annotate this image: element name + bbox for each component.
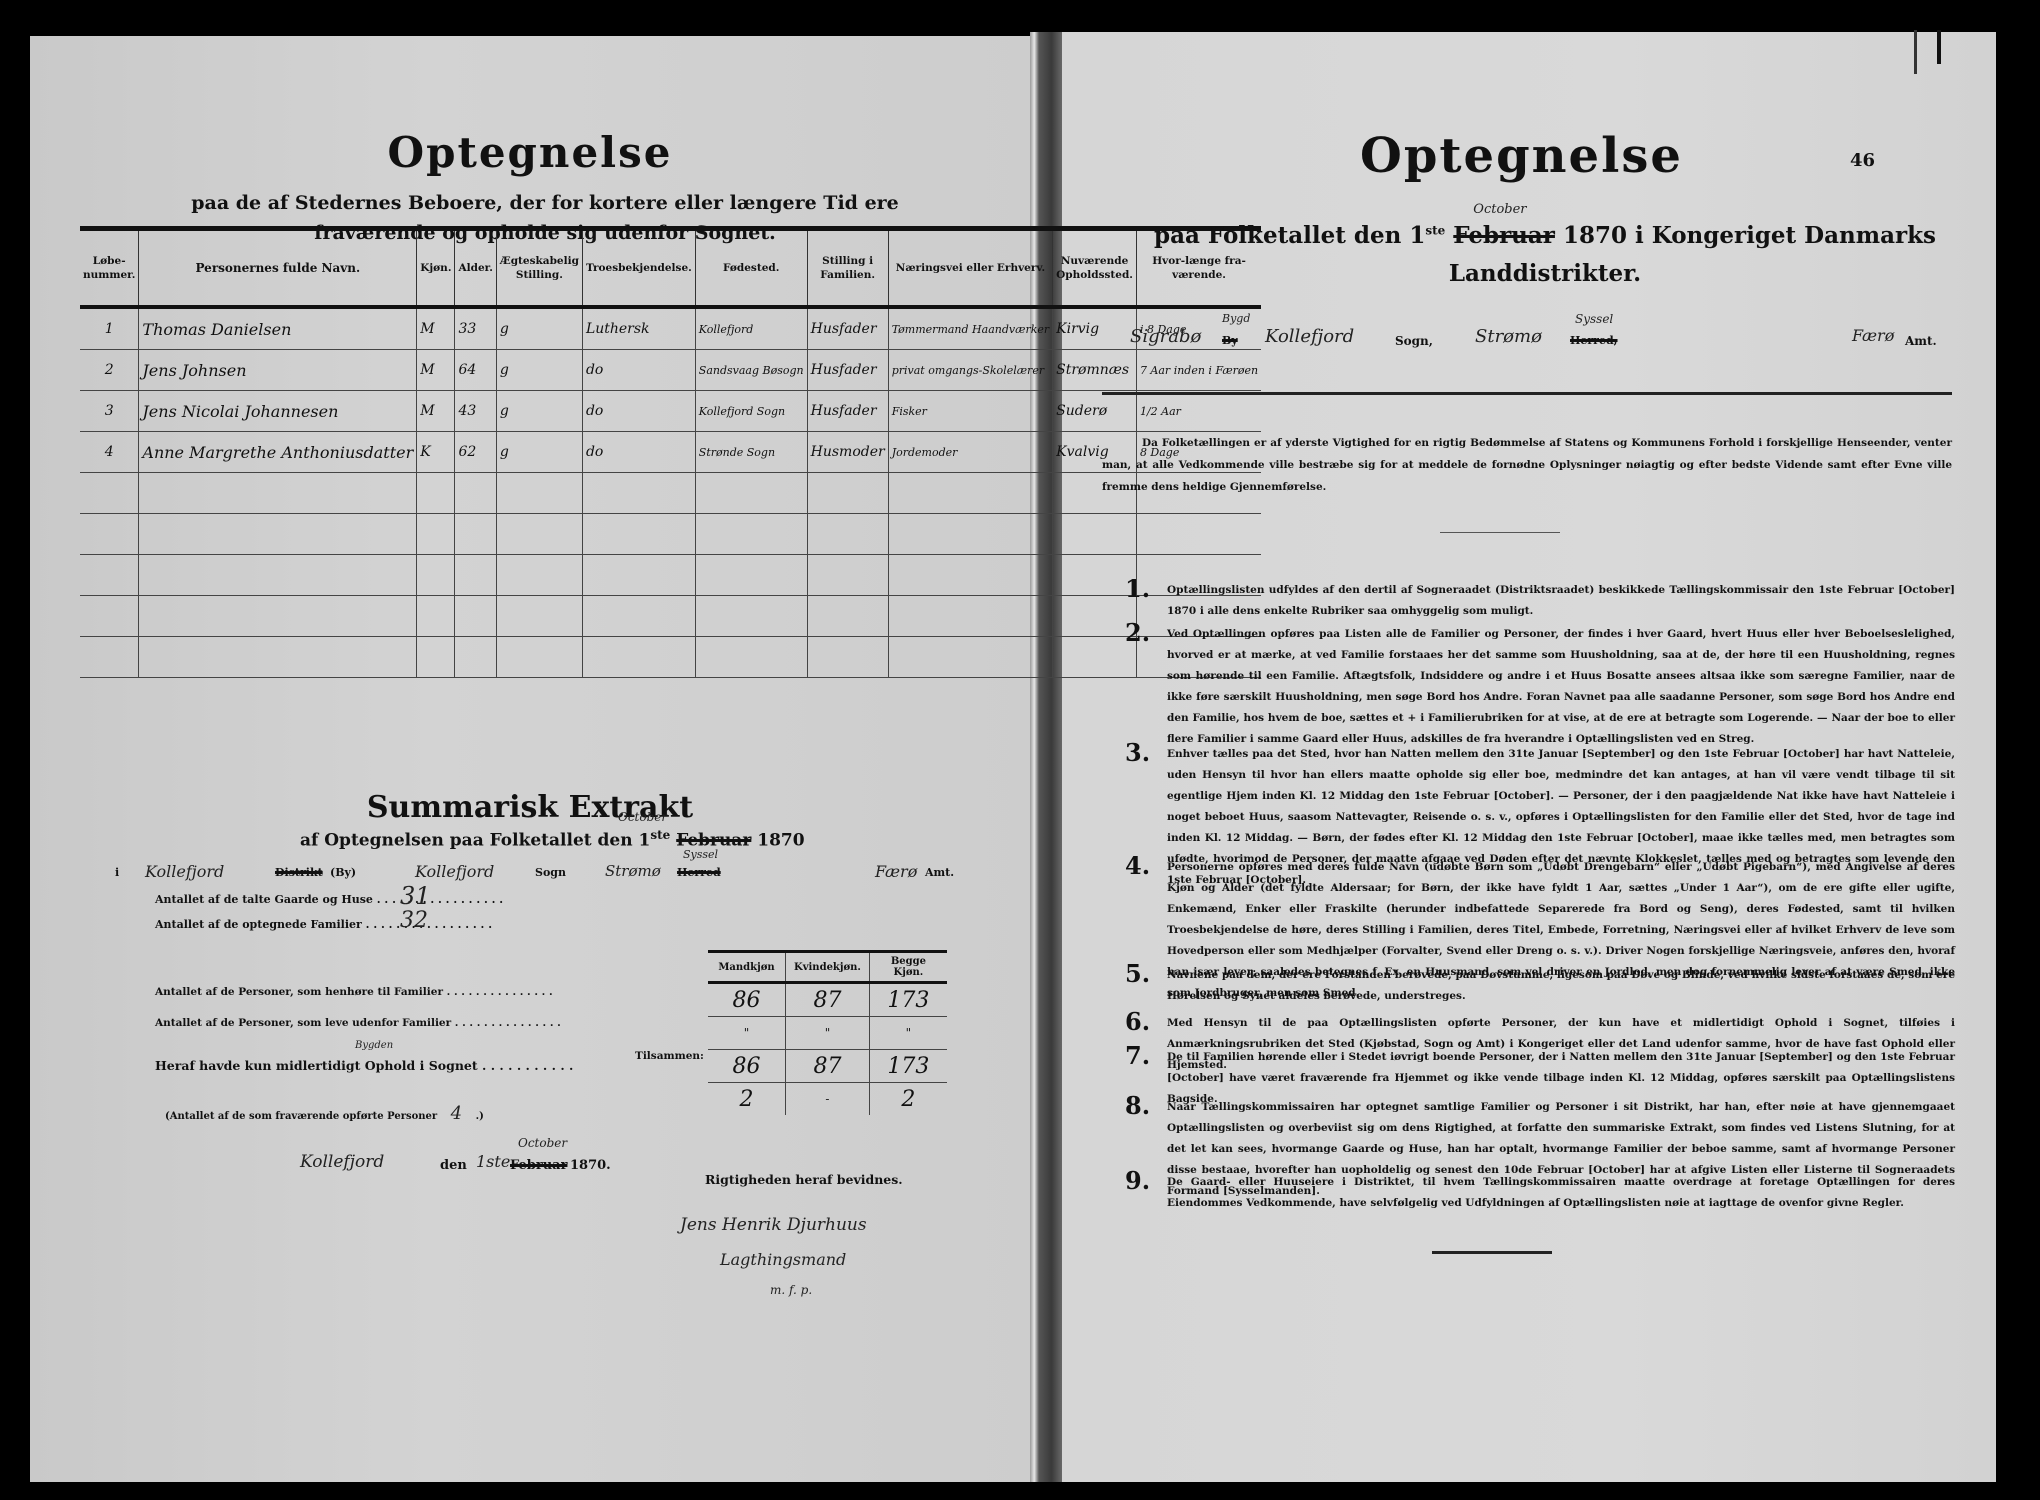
person-count-table: Mandkjøn Kvindekjøn. Begge Kjøn. 8687173… (708, 950, 947, 1115)
cell-sex: M (417, 307, 455, 350)
district-hand: Sigrabø (1130, 326, 1201, 347)
cell-family-position: Husmoder (807, 432, 888, 473)
right-subtitle-prefix: paa Folketallet den 1 (1154, 222, 1425, 249)
cell-religion (582, 555, 695, 596)
cell-name (139, 555, 417, 596)
count-cell: 173 (869, 983, 947, 1017)
cell-religion: do (582, 432, 695, 473)
cell-religion: do (582, 350, 695, 391)
cell-sex (417, 596, 455, 637)
cell-number (80, 555, 139, 596)
district-struck: By (1222, 334, 1238, 347)
instruction-text: Optællingslisten udfyldes af den dertil … (1167, 580, 1955, 622)
cell-age (455, 555, 496, 596)
date-line: Kollefjord den 1ste Februar October 1870… (300, 1148, 700, 1188)
date-struck-month: Februar (510, 1158, 567, 1173)
cell-name (139, 473, 417, 514)
cell-family-position (807, 596, 888, 637)
col-header-current-residence: Nuværende Opholdssted. (1053, 229, 1137, 308)
count-row-temporary: 2-2 (708, 1083, 947, 1116)
cell-occupation (888, 596, 1052, 637)
absent-count-note: (Antallet af de som fraværende opførte P… (165, 1103, 484, 1124)
count-cell: 173 (869, 1050, 947, 1083)
place-hand: Kollefjord (300, 1152, 384, 1172)
instruction-item: 9.De Gaard- eller Huuseiere i Distriktet… (1125, 1172, 1955, 1214)
cell-religion (582, 596, 695, 637)
cell-marital (496, 514, 582, 555)
count-cell: " (869, 1017, 947, 1050)
cell-marital: g (496, 391, 582, 432)
summary-location-line: i Kollefjord Distrikt (By) Kollefjord So… (115, 862, 995, 892)
herred-struck: Herred, (1570, 334, 1618, 347)
right-subtitle-hand-month: October (1473, 202, 1526, 217)
label-text: Antallet af de Personer, som leve udenfo… (155, 1017, 451, 1029)
signature-title: Lagthingsmand (720, 1250, 846, 1269)
herred-struck: Herred (677, 866, 721, 879)
instruction-text: De Gaard- eller Huuseiere i Distriktet, … (1167, 1172, 1955, 1214)
cell-family-position (807, 514, 888, 555)
cell-number (80, 514, 139, 555)
cell-absence-duration (1136, 514, 1261, 555)
cell-occupation: Jordemoder (888, 432, 1052, 473)
families-value: 32 (400, 908, 428, 933)
page-edge-mark (1914, 30, 1917, 74)
cell-birthplace (695, 473, 807, 514)
cell-sex (417, 555, 455, 596)
cell-age: 64 (455, 350, 496, 391)
amt-hand: Færø (1852, 326, 1894, 345)
col-header-name: Personernes fulde Navn. (139, 229, 417, 308)
cell-age (455, 473, 496, 514)
instruction-number: 1. (1125, 574, 1150, 603)
right-page-title: Optegnelse (1360, 128, 1680, 184)
cell-family-position (807, 555, 888, 596)
col-header-marital: Ægteskabelig Stilling. (496, 229, 582, 308)
cell-age: 62 (455, 432, 496, 473)
col-header-family-position: Stilling i Familien. (807, 229, 888, 308)
signature-abbrev: m. f. p. (770, 1283, 812, 1297)
cell-occupation (888, 555, 1052, 596)
page-number: 46 (1850, 150, 1875, 171)
farms-value: 31 (400, 882, 431, 910)
date-hand-month: October (518, 1136, 567, 1150)
cell-occupation (888, 637, 1052, 678)
cell-current-residence (1053, 555, 1137, 596)
instruction-text: Navnene paa dem, der ere Forstanden berø… (1167, 965, 1955, 1007)
district-struck: Distrikt (275, 866, 323, 879)
cell-number: 1 (80, 307, 139, 350)
right-subtitle-sup: ste (1425, 223, 1445, 237)
count-cell: 2 (869, 1083, 947, 1116)
herred-hand: Strømø (605, 862, 661, 880)
summary-subtitle-prefix: af Optegnelsen paa Folketallet den 1 (300, 831, 650, 851)
cell-birthplace: Kollefjord (695, 307, 807, 350)
instruction-item: 1.Optællingslisten udfyldes af den derti… (1125, 580, 1955, 622)
cell-family-position: Husfader (807, 391, 888, 432)
cell-name (139, 637, 417, 678)
signature-name: Jens Henrik Djurhuus (680, 1215, 867, 1235)
table-row: 2Jens JohnsenM64gdoSandsvaag BøsognHusfa… (80, 350, 1261, 391)
date-year: 1870. (570, 1158, 611, 1173)
instruction-number: 8. (1125, 1091, 1150, 1120)
table-row (80, 596, 1261, 637)
cell-number (80, 596, 139, 637)
col-header-age: Alder. (455, 229, 496, 308)
parish-label: Sogn, (1395, 334, 1433, 348)
location-prefix: i (115, 866, 119, 879)
right-subtitle-suffix: 1870 i Kongeriget Danmarks (1563, 222, 1936, 249)
count-cell: " (786, 1017, 870, 1050)
cell-name: Anne Margrethe Anthoniusdatter (139, 432, 417, 473)
certification-text: Rigtigheden heraf bevidnes. (705, 1172, 903, 1187)
cell-family-position: Husfader (807, 307, 888, 350)
cell-marital: g (496, 307, 582, 350)
table-row (80, 473, 1261, 514)
cell-current-residence (1053, 514, 1137, 555)
instruction-item: 5.Navnene paa dem, der ere Forstanden be… (1125, 965, 1955, 1007)
summary-subtitle: af Optegnelsen paa Folketallet den 1ste … (300, 828, 860, 851)
absent-note-value: 4 (451, 1103, 462, 1124)
col-header-female: Kvindekjøn. (786, 952, 870, 983)
farms-label: Antallet af de talte Gaarde og Huse (155, 893, 373, 906)
summary-subtitle-year: 1870 (757, 831, 804, 851)
cell-family-position: Husfader (807, 350, 888, 391)
right-subtitle-struck-month: Februar (1453, 222, 1555, 249)
cell-current-residence: Suderø (1053, 391, 1137, 432)
absent-note-suffix: .) (476, 1111, 484, 1122)
right-location-line: Sigrabø By Bygd Kollefjord Sogn, Strømø … (1130, 318, 1960, 358)
col-header-birthplace: Fødested. (695, 229, 807, 308)
instruction-number: 7. (1125, 1041, 1150, 1070)
col-header-religion: Troesbekjendelse. (582, 229, 695, 308)
table-row: 1Thomas DanielsenM33gLutherskKollefjordH… (80, 307, 1261, 350)
table-row: 3Jens Nicolai JohannesenM43gdoKollefjord… (80, 391, 1261, 432)
intro-paragraph: Da Folketællingen er af yderste Vigtighe… (1102, 432, 1952, 498)
cell-religion (582, 514, 695, 555)
label-text: Heraf havde kun midlertidigt Ophold i So… (155, 1058, 478, 1073)
date-day-hand: 1ste (476, 1152, 510, 1171)
district-hand: Kollefjord (145, 862, 224, 881)
left-page-title: Optegnelse (300, 128, 760, 177)
cell-current-residence (1053, 637, 1137, 678)
cell-age: 33 (455, 307, 496, 350)
cell-number: 4 (80, 432, 139, 473)
table-row: 4Anne Margrethe AnthoniusdatterK62gdoStr… (80, 432, 1261, 473)
col-header-both: Begge Kjøn. (869, 952, 947, 983)
cell-number (80, 473, 139, 514)
cell-number (80, 637, 139, 678)
cell-religion: Luthersk (582, 307, 695, 350)
cell-birthplace (695, 637, 807, 678)
count-label-total: Tilsammen: (635, 1050, 704, 1062)
label-text: Antallet af de Personer, som henhøre til… (155, 986, 443, 998)
cell-sex (417, 637, 455, 678)
cell-current-residence (1053, 596, 1137, 637)
cell-name: Thomas Danielsen (139, 307, 417, 350)
count-cell: 87 (786, 1050, 870, 1083)
amt-label: Amt. (1905, 334, 1937, 348)
instruction-text: Ved Optællingen opføres paa Listen alle … (1167, 624, 1955, 750)
cell-sex (417, 514, 455, 555)
cell-age (455, 637, 496, 678)
cell-age (455, 596, 496, 637)
cell-marital (496, 596, 582, 637)
families-label: Antallet af de optegnede Familier (155, 918, 362, 931)
header-rule (1102, 392, 1952, 395)
instruction-item: 2.Ved Optællingen opføres paa Listen all… (1125, 624, 1955, 750)
date-prefix: den (440, 1158, 467, 1173)
cell-birthplace (695, 596, 807, 637)
amt-label: Amt. (925, 866, 954, 879)
instruction-number: 6. (1125, 1007, 1150, 1036)
count-label-outside-families: Antallet af de Personer, som leve udenfo… (155, 1017, 561, 1029)
cell-name: Jens Johnsen (139, 350, 417, 391)
district-hand-above: Bygd (1222, 312, 1250, 325)
cell-name (139, 596, 417, 637)
intro-divider (1440, 532, 1560, 533)
cell-name: Jens Nicolai Johannesen (139, 391, 417, 432)
cell-family-position (807, 637, 888, 678)
cell-birthplace: Sandsvaag Bøsogn (695, 350, 807, 391)
col-header-sex: Kjøn. (417, 229, 455, 308)
table-row (80, 637, 1261, 678)
cell-marital: g (496, 350, 582, 391)
col-header-occupation: Næringsvei eller Erhverv. (888, 229, 1052, 308)
right-subtitle: paa Folketallet den 1ste Februar October… (1130, 222, 1960, 249)
cell-religion (582, 637, 695, 678)
cell-occupation: privat omgangs-Skolelærer (888, 350, 1052, 391)
cell-birthplace: Kollefjord Sogn (695, 391, 807, 432)
col-header-number: Løbe-nummer. (80, 229, 139, 308)
cell-birthplace: Strønde Sogn (695, 432, 807, 473)
cell-sex: M (417, 391, 455, 432)
cell-family-position (807, 473, 888, 514)
instruction-number: 4. (1125, 851, 1150, 880)
count-cell: " (708, 1017, 786, 1050)
cell-current-residence: Kirvig (1053, 307, 1137, 350)
summary-subtitle-hand-month: October (618, 810, 667, 824)
table-row (80, 555, 1261, 596)
count-row-in-families: 8687173 (708, 983, 947, 1017)
parish-label: Sogn (535, 866, 566, 879)
cell-marital (496, 555, 582, 596)
cell-sex (417, 473, 455, 514)
summary-title: Summarisk Extrakt (330, 790, 730, 825)
cell-birthplace (695, 555, 807, 596)
cell-current-residence: Strømnæs (1053, 350, 1137, 391)
temporary-hand-above: Bygden (355, 1040, 393, 1051)
cell-number: 2 (80, 350, 139, 391)
cell-name (139, 514, 417, 555)
herred-hand-above: Syssel (683, 848, 718, 861)
cell-occupation (888, 514, 1052, 555)
count-cell: - (786, 1083, 870, 1116)
cell-marital: g (496, 432, 582, 473)
count-cell: 86 (708, 983, 786, 1017)
page-edge-mark (1937, 30, 1941, 64)
instruction-number: 2. (1125, 618, 1150, 647)
count-label-temporary: Heraf havde kun midlertidigt Ophold i So… (155, 1058, 573, 1073)
cell-age: 43 (455, 391, 496, 432)
absent-note-prefix: (Antallet af de som fraværende opførte P… (165, 1111, 437, 1122)
count-label-in-families: Antallet af de Personer, som henhøre til… (155, 986, 553, 998)
cell-occupation: Tømmermand Haandværker (888, 307, 1052, 350)
cell-occupation: Fisker (888, 391, 1052, 432)
count-cell: 87 (786, 983, 870, 1017)
herred-hand-above: Syssel (1575, 312, 1613, 326)
cell-number: 3 (80, 391, 139, 432)
parish-hand: Kollefjord (1265, 326, 1354, 347)
cell-birthplace (695, 514, 807, 555)
table-header-row: Løbe-nummer. Personernes fulde Navn. Kjø… (80, 229, 1261, 308)
table-row (80, 514, 1261, 555)
parish-hand: Kollefjord (415, 862, 494, 881)
herred-hand: Strømø (1475, 326, 1542, 347)
count-cell: 86 (708, 1050, 786, 1083)
col-header-male: Mandkjøn (708, 952, 786, 983)
cell-occupation (888, 473, 1052, 514)
cell-sex: M (417, 350, 455, 391)
cell-religion: do (582, 391, 695, 432)
amt-hand: Færø (875, 862, 917, 881)
closing-rule (1432, 1251, 1552, 1254)
summary-subtitle-sup: ste (650, 828, 670, 842)
summary-line-farms: Antallet af de talte Gaarde og Huse . . … (155, 893, 503, 906)
summary-line-families: Antallet af de optegnede Familier . . . … (155, 918, 492, 931)
cell-religion (582, 473, 695, 514)
cell-sex: K (417, 432, 455, 473)
cell-marital (496, 473, 582, 514)
instruction-number: 5. (1125, 959, 1150, 988)
count-row-total: 8687173 (708, 1050, 947, 1083)
cell-absence-duration: 1/2 Aar (1136, 391, 1261, 432)
absent-persons-table: Løbe-nummer. Personernes fulde Navn. Kjø… (80, 226, 1261, 678)
district-label: (By) (330, 866, 356, 879)
count-cell: 2 (708, 1083, 786, 1116)
cell-marital (496, 637, 582, 678)
instruction-number: 9. (1125, 1166, 1150, 1195)
count-row-outside-families: """ (708, 1017, 947, 1050)
instruction-number: 3. (1125, 738, 1150, 767)
cell-age (455, 514, 496, 555)
right-subtitle-line2: Landdistrikter. (1130, 260, 1960, 287)
